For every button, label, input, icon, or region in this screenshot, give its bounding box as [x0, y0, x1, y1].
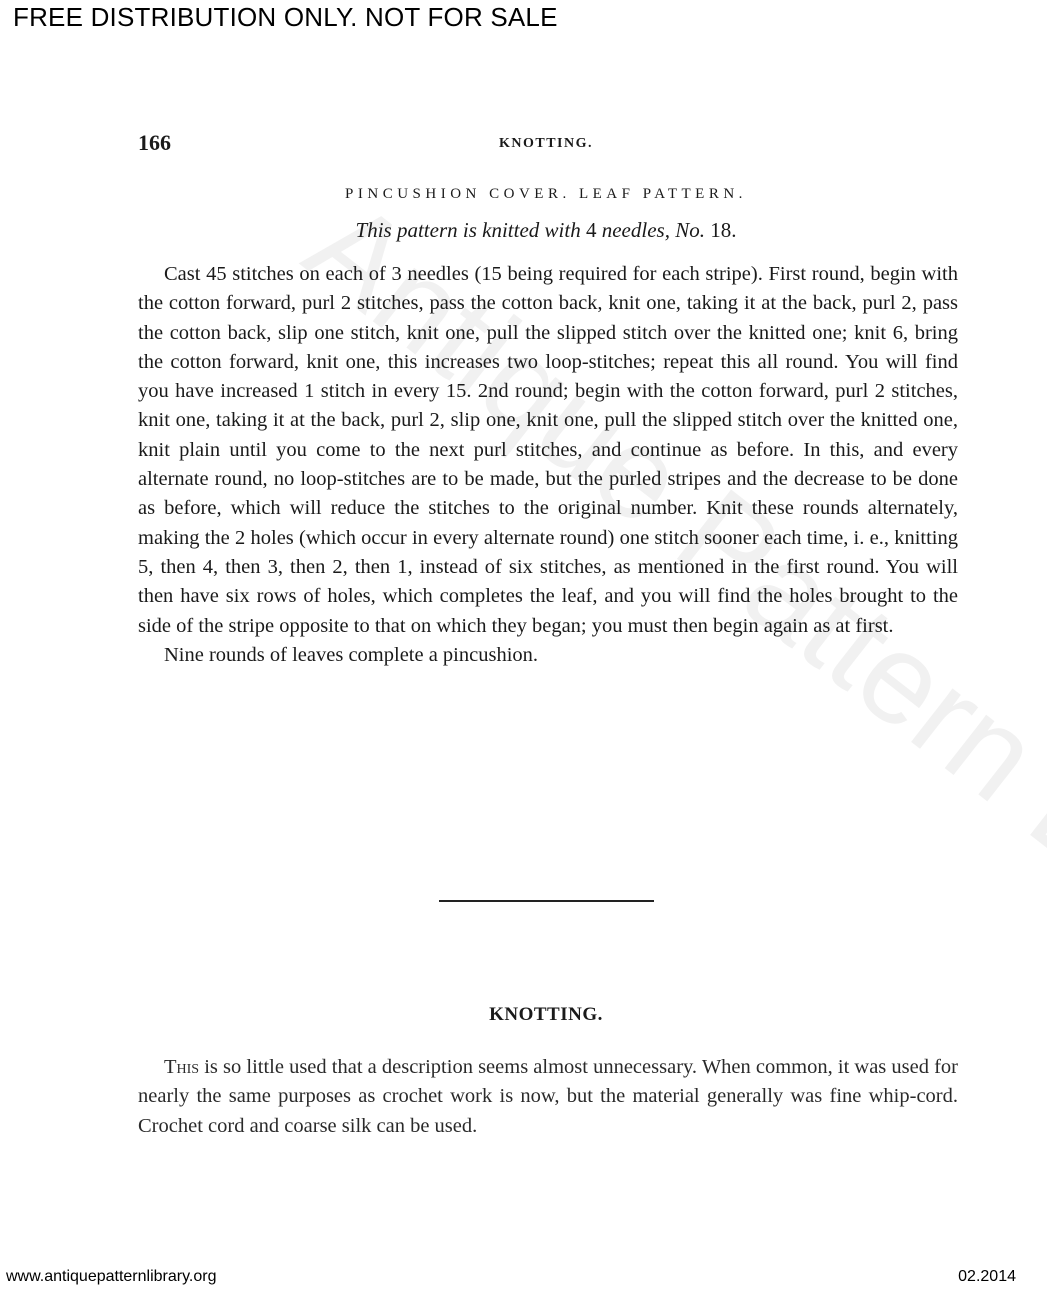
closing-paragraph: Nine rounds of leaves complete a pincush…: [138, 641, 958, 670]
knotting-description: This is so little used that a descriptio…: [138, 1053, 958, 1141]
subtitle-needle-size: 18.: [710, 218, 736, 242]
subtitle-text-2: needles, No.: [596, 218, 710, 242]
running-head: KNOTTING.: [0, 136, 1047, 152]
subtitle-needle-count: 4: [586, 218, 597, 242]
pattern-title: PINCUSHION COVER. LEAF PATTERN.: [0, 186, 1047, 203]
book-page: 166 KNOTTING. PINCUSHION COVER. LEAF PAT…: [0, 0, 1047, 1301]
pattern-subtitle: This pattern is knitted with 4 needles, …: [0, 218, 1047, 243]
knotting-paragraph: This is so little used that a descriptio…: [138, 1053, 958, 1141]
subtitle-text: This pattern is knitted with: [356, 218, 586, 242]
lead-word: This: [164, 1056, 199, 1078]
paragraph-text: is so little used that a description see…: [138, 1056, 958, 1137]
pattern-instructions: Cast 45 stitches on each of 3 needles (1…: [138, 260, 958, 670]
section-divider: [439, 900, 654, 902]
section-heading: KNOTTING.: [0, 1004, 1047, 1026]
instructions-paragraph: Cast 45 stitches on each of 3 needles (1…: [138, 260, 958, 641]
